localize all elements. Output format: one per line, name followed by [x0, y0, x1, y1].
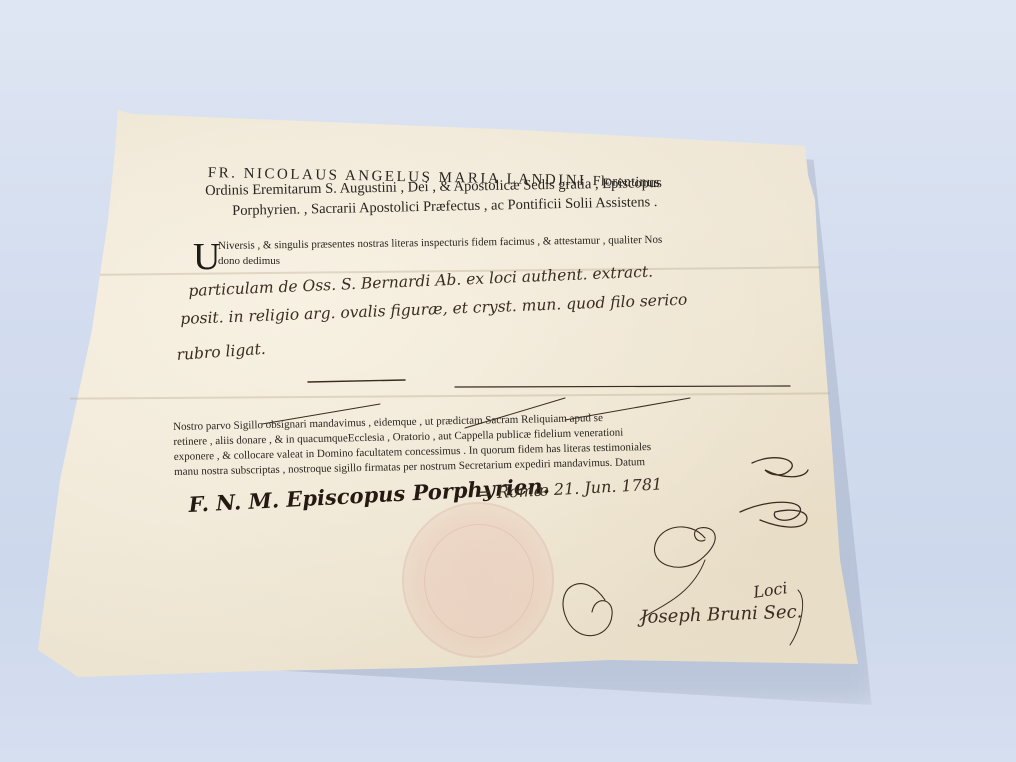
drop-cap: U [193, 238, 220, 276]
wax-seal [402, 502, 554, 658]
intro-line-2: dono dedimus [218, 255, 280, 267]
seal-emblem [424, 524, 534, 638]
